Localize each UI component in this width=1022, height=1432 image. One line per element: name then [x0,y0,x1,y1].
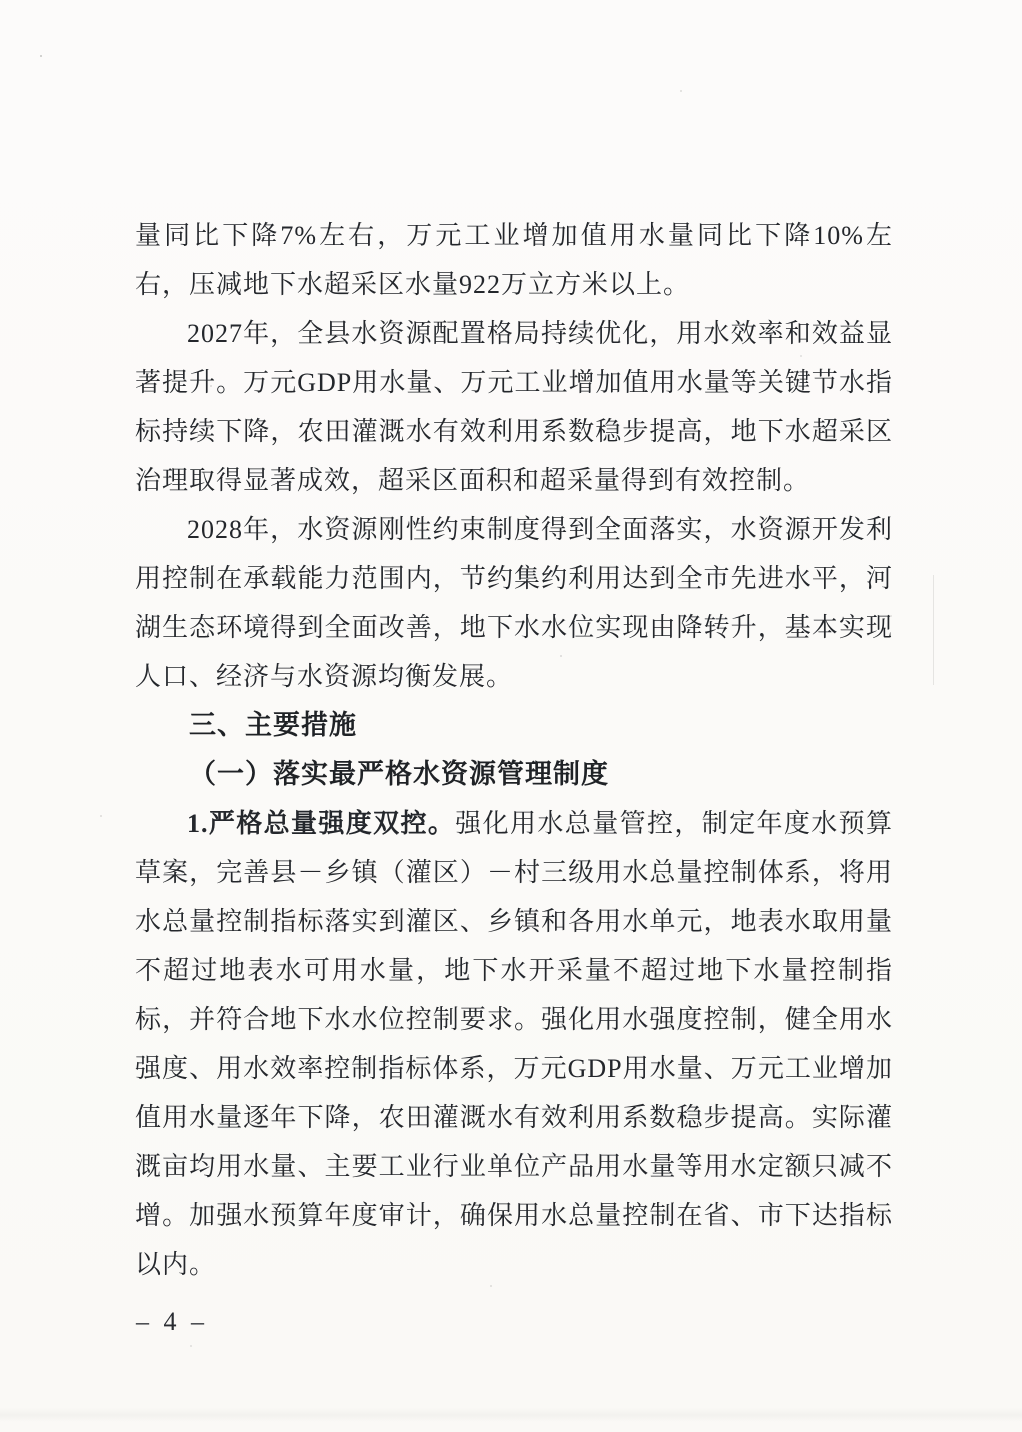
scan-shadow-band [0,1408,1022,1422]
paragraph-continuation: 量同比下降7%左右，万元工业增加值用水量同比下降10%左右，压减地下水超采区水量… [135,211,893,309]
section-heading-main-measures: 三、主要措施 [135,701,893,750]
paragraph-2028-goals: 2028年，水资源刚性约束制度得到全面落实，水资源开发利用控制在承载能力范围内，… [135,505,893,701]
paragraph-2027-goals: 2027年，全县水资源配置格局持续优化，用水效率和效益显著提升。万元GDP用水量… [135,309,893,505]
document-body: 量同比下降7%左右，万元工业增加值用水量同比下降10%左右，压减地下水超采区水量… [135,211,893,1289]
scan-streak [933,575,934,685]
measure-1-body-text: 强化用水总量管控，制定年度水预算草案，完善县－乡镇（灌区）－村三级用水总量控制体… [135,809,893,1279]
subsection-heading-strict-water-management: （一）落实最严格水资源管理制度 [135,750,893,799]
paragraph-measure-1: 1.严格总量强度双控。强化用水总量管控，制定年度水预算草案，完善县－乡镇（灌区）… [135,799,893,1289]
measure-1-lead-phrase: 1.严格总量强度双控。 [187,809,455,838]
scanned-document-page: 量同比下降7%左右，万元工业增加值用水量同比下降10%左右，压减地下水超采区水量… [0,0,1022,1432]
page-number: – 4 – [136,1307,208,1337]
scan-speckles [40,55,42,57]
